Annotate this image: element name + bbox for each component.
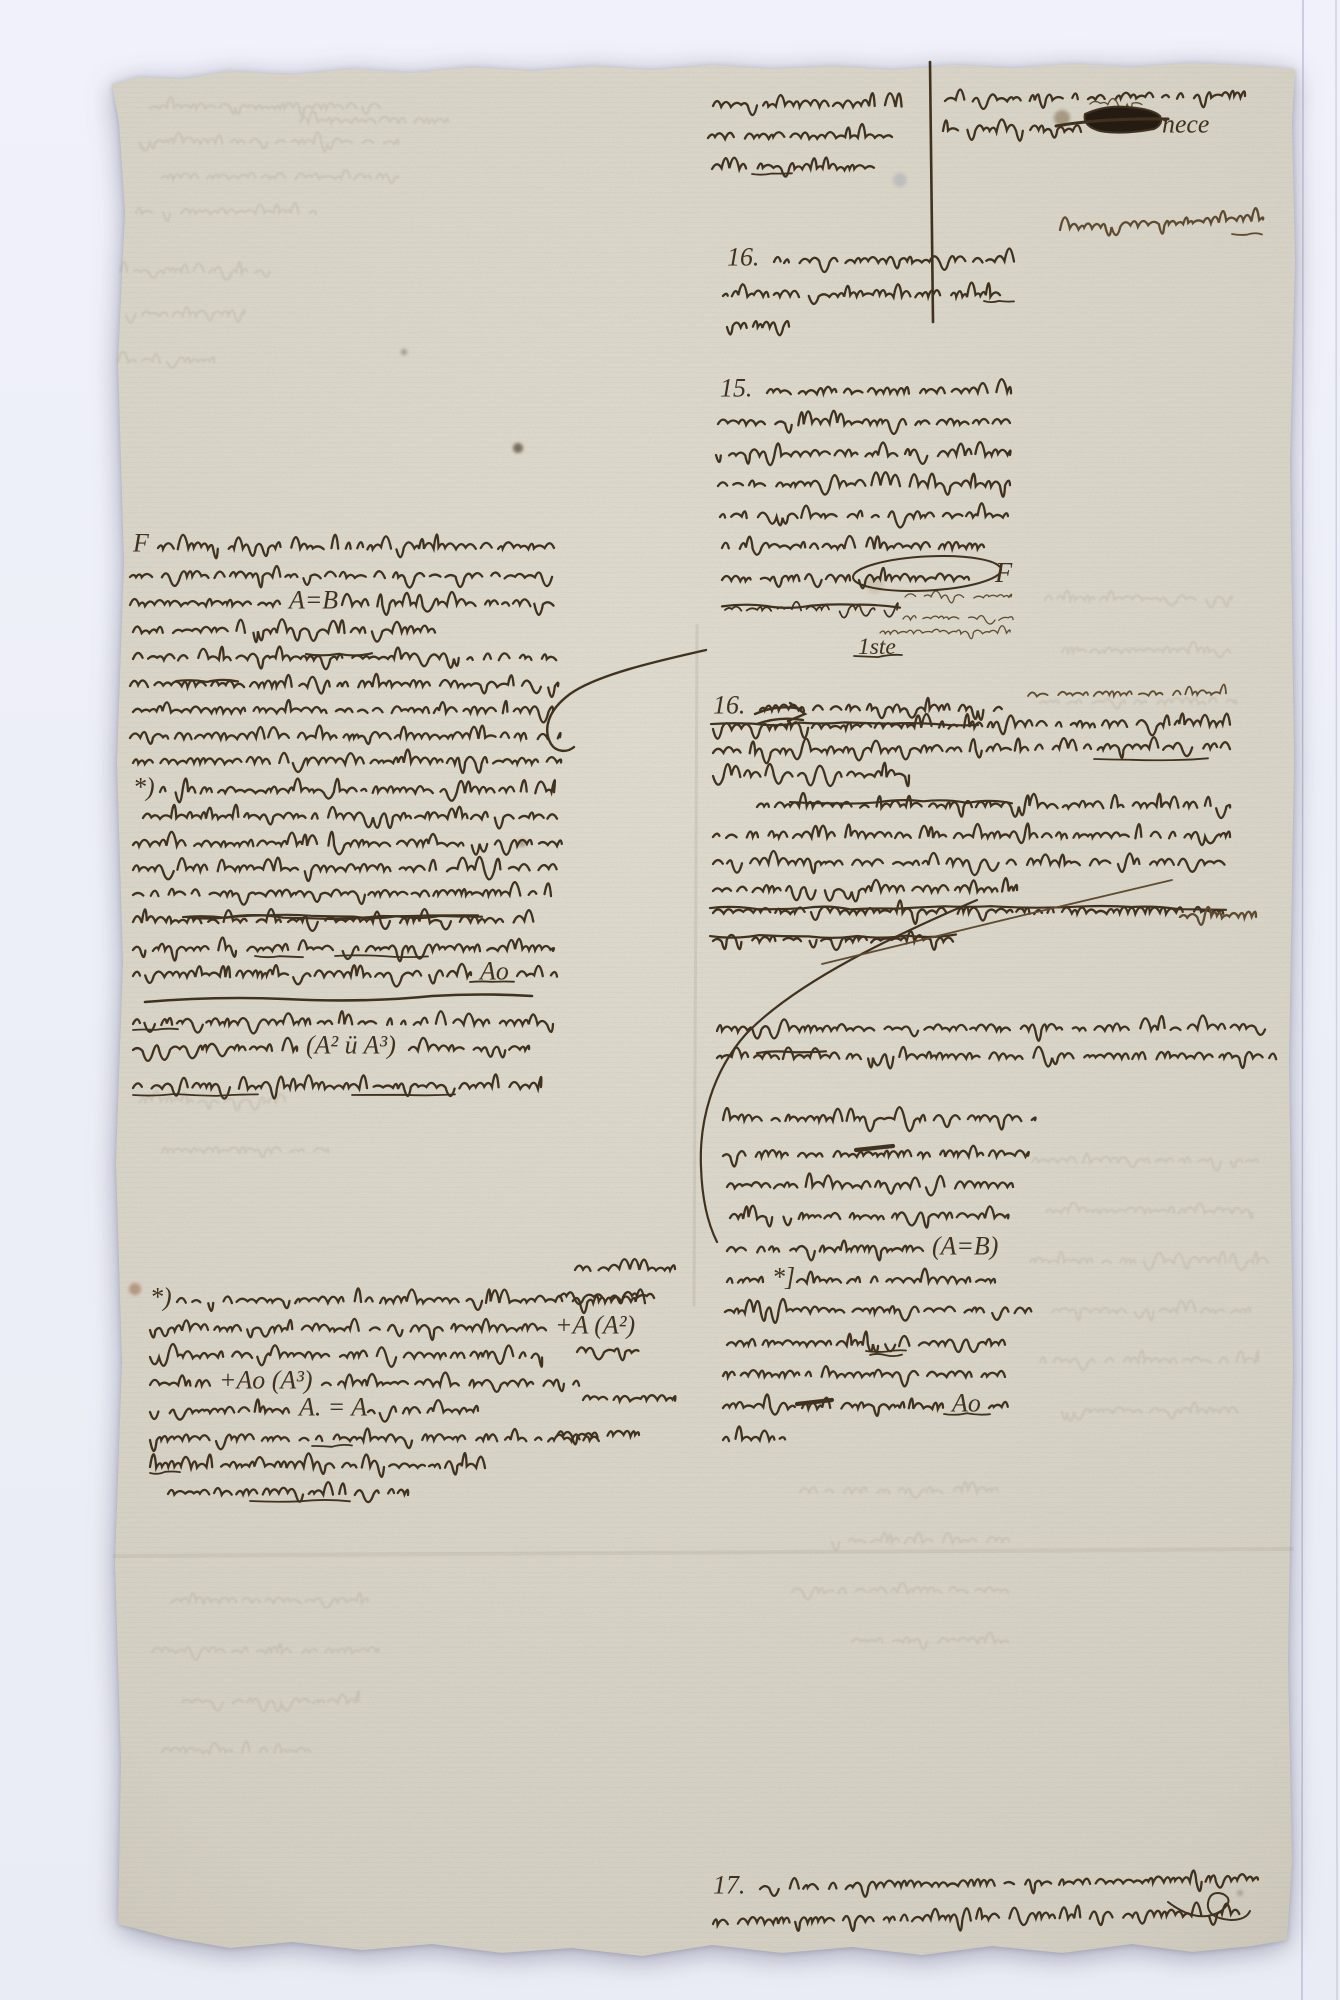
manuscript-scan-scene: 16.nece15.F1ste16.(A=B)*]AoFA=B*)Ao(A² ü… (0, 0, 1340, 2000)
paper-sheet (112, 62, 1295, 1958)
backing-sheet-edge-2 (1336, 0, 1337, 2000)
paper-sheet-wrap (112, 62, 1295, 1958)
paper-grain (112, 62, 1295, 1958)
backing-sheet-edge-1 (1302, 0, 1303, 2000)
